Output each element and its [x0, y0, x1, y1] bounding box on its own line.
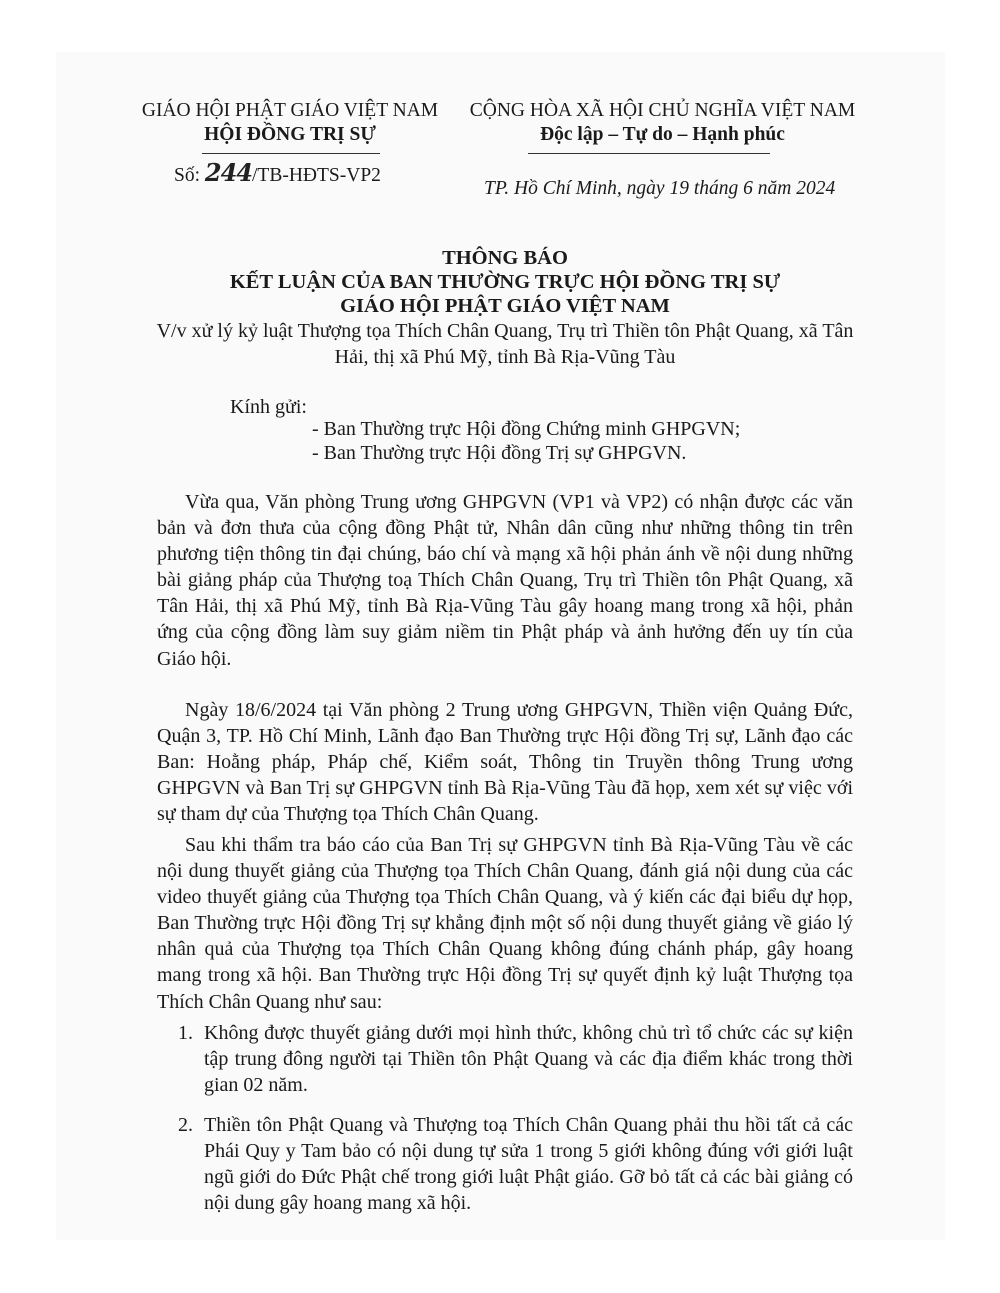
title-line-3: GIÁO HỘI PHẬT GIÁO VIỆT NAM	[150, 294, 860, 318]
header-right-rule	[528, 153, 770, 154]
body-paragraph: Sau khi thẩm tra báo cáo của Ban Trị sự …	[157, 832, 853, 1015]
body-paragraph: Ngày 18/6/2024 tại Văn phòng 2 Trung ươn…	[157, 697, 853, 827]
decision-number: 2.	[178, 1112, 193, 1138]
greeting-label: Kính gửi:	[230, 396, 307, 419]
decision-text: Không được thuyết giảng dưới mọi hình th…	[204, 1022, 853, 1096]
body-paragraph: Vừa qua, Văn phòng Trung ương GHPGVN (VP…	[157, 489, 853, 672]
national-motto: Độc lập – Tự do – Hạnh phúc	[460, 124, 865, 146]
republic-name: CỘNG HÒA XÃ HỘI CHỦ NGHĨA VIỆT NAM	[460, 100, 865, 122]
handwritten-number: 244	[205, 158, 252, 187]
subject-line: V/v xử lý kỷ luật Thượng tọa Thích Chân …	[150, 318, 860, 370]
number-suffix: /TB-HĐTS-VP2	[252, 165, 381, 186]
organization-name: GIÁO HỘI PHẬT GIÁO VIỆT NAM	[140, 100, 440, 122]
place-date: TP. Hồ Chí Minh, ngày 19 tháng 6 năm 202…	[484, 178, 835, 200]
decision-list-item: 1. Không được thuyết giảng dưới mọi hình…	[178, 1020, 853, 1098]
decision-list-item: 2. Thiền tôn Phật Quang và Thượng toạ Th…	[178, 1112, 853, 1216]
recipient: - Ban Thường trực Hội đồng Chứng minh GH…	[312, 418, 740, 441]
council-name: HỘI ĐỒNG TRỊ SỰ	[140, 124, 440, 146]
recipient: - Ban Thường trực Hội đồng Trị sự GHPGVN…	[312, 442, 686, 465]
title-line-2: KẾT LUẬN CỦA BAN THƯỜNG TRỰC HỘI ĐỒNG TR…	[150, 270, 860, 294]
document-title: THÔNG BÁO KẾT LUẬN CỦA BAN THƯỜNG TRỰC H…	[150, 246, 860, 370]
title-line-1: THÔNG BÁO	[150, 246, 860, 270]
document-number: Số: 244/TB-HĐTS-VP2	[174, 158, 381, 187]
number-label: Số:	[174, 165, 200, 186]
decision-number: 1.	[178, 1020, 193, 1046]
decision-text: Thiền tôn Phật Quang và Thượng toạ Thích…	[204, 1114, 853, 1214]
header-left-rule	[202, 153, 380, 154]
